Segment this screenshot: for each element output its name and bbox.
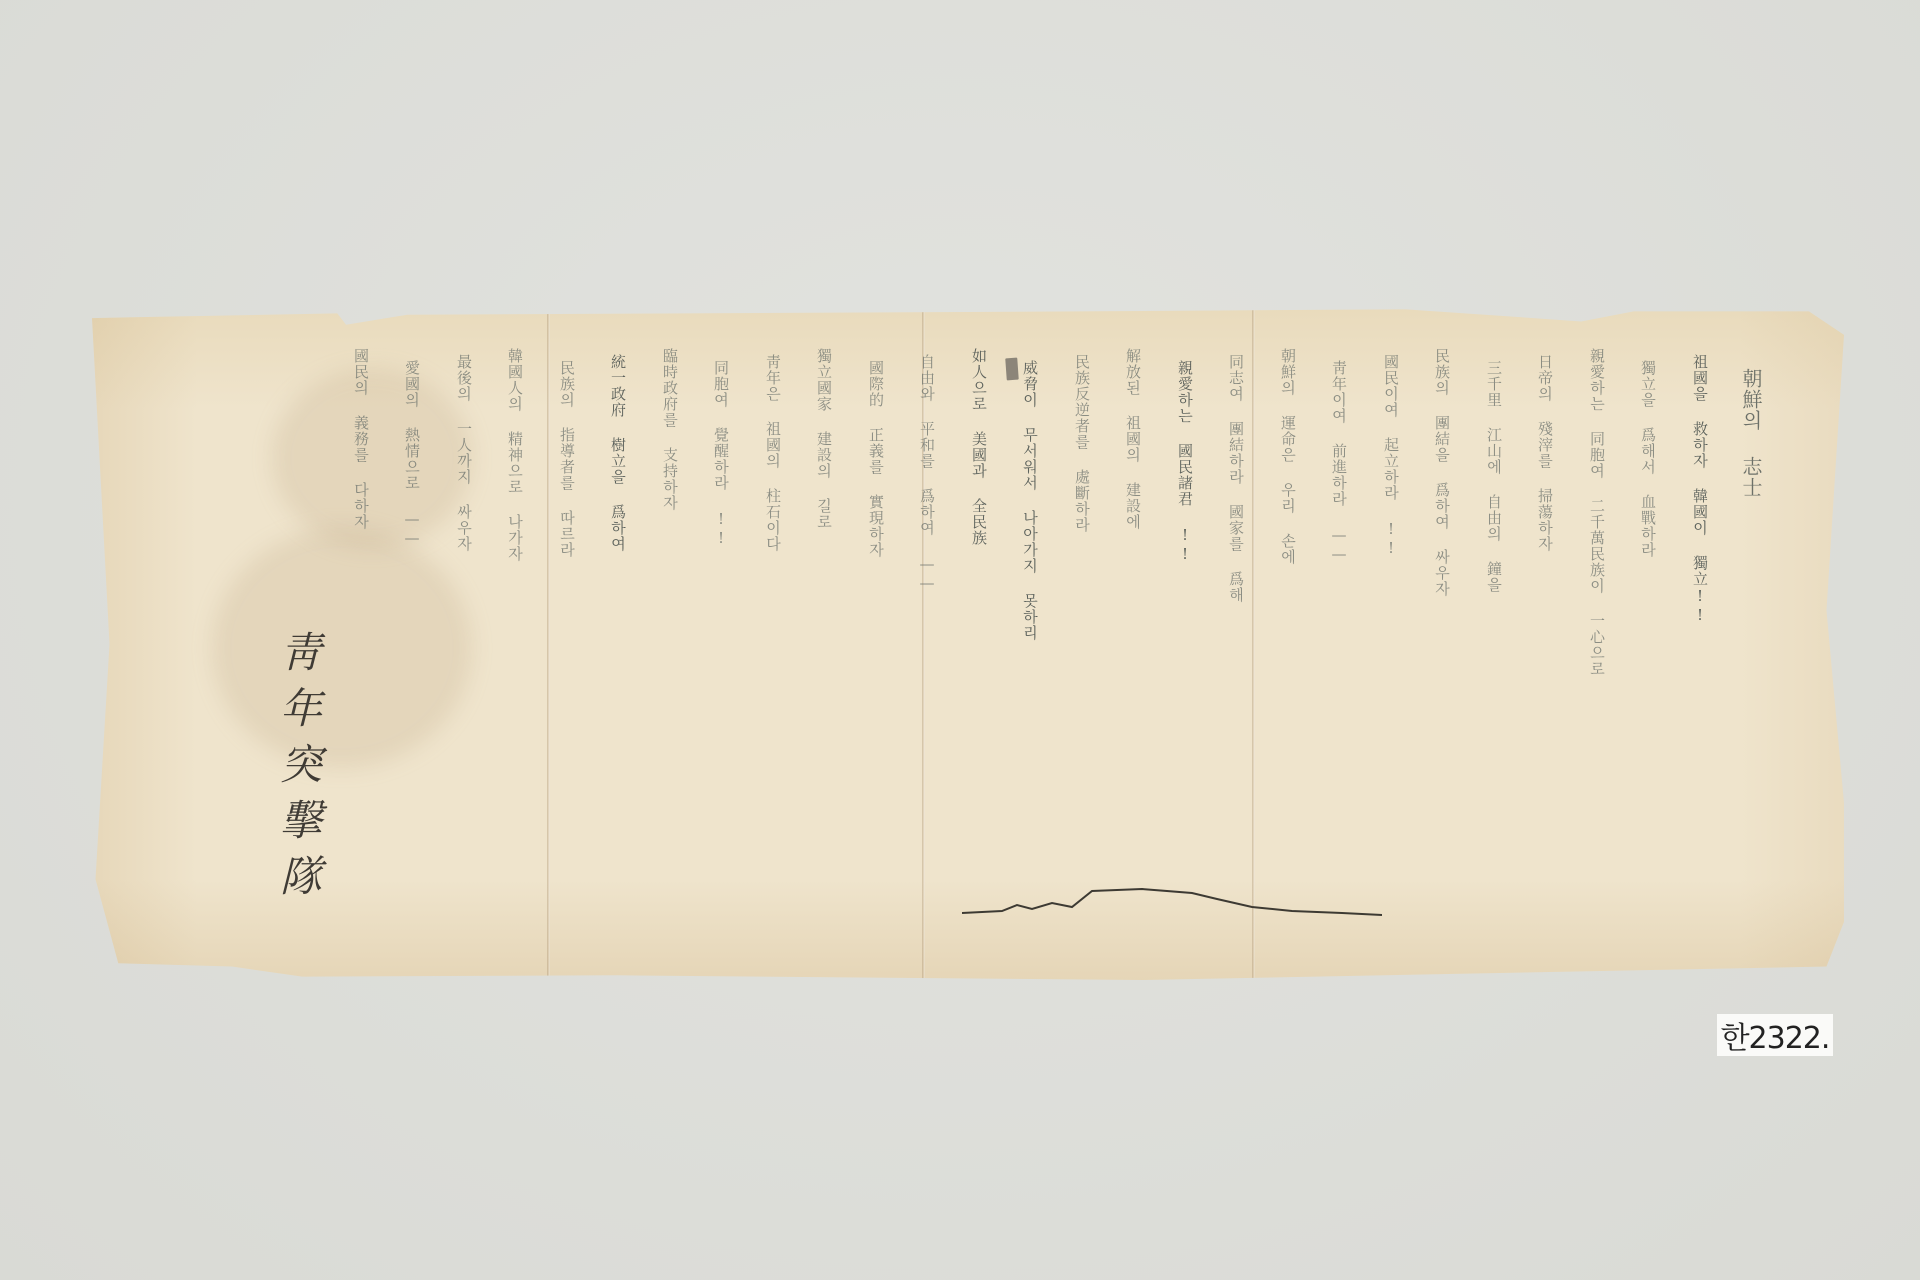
- text-column: 靑年은 祖國의 柱石이다: [764, 354, 781, 552]
- paper-stain: [212, 528, 472, 768]
- text-column: 民族의 團結을 爲하여 싸우자: [1433, 348, 1450, 597]
- paper-stain: [272, 368, 472, 548]
- text-column: 日帝의 殘滓를 掃蕩하자: [1536, 354, 1553, 552]
- text-column: 親愛하는 國民諸君 !!: [1176, 360, 1193, 564]
- text-column: 如人으로 美國과 全民族: [970, 348, 987, 546]
- text-column: 解放된 祖國의 建設에: [1124, 348, 1141, 530]
- text-column: 朝鮮의 志士: [1742, 368, 1759, 498]
- text-column: 國民이여 起立하라 !!: [1382, 354, 1399, 558]
- fold-line: [547, 308, 550, 980]
- fold-line: [1252, 308, 1255, 980]
- text-column: 國民의 義務를 다하자: [352, 348, 369, 530]
- text-column: 愛國의 熱情으로 ——: [403, 360, 420, 548]
- catalog-label: 한2322.: [1717, 1014, 1833, 1056]
- text-column: 同胞여 覺醒하라 !!: [712, 360, 729, 548]
- text-column: 韓國人의 精神으로 나가자: [506, 348, 523, 562]
- text-column: 臨時政府를 支持하자: [661, 348, 678, 511]
- text-column: 國際的 正義를 實現하자: [867, 360, 884, 558]
- text-column: 自由와 平和를 爲하여 ——: [918, 354, 935, 593]
- text-column: 靑年이여 前進하라 ——: [1330, 360, 1347, 564]
- signature: 靑年突擊隊: [268, 630, 328, 910]
- text-column: 民族反逆者를 處斷하라: [1073, 354, 1090, 533]
- text-column: 親愛하는 同胞여 二千萬民族이 一心으로: [1588, 348, 1605, 677]
- text-column: 統一政府 樹立을 爲하여: [609, 354, 626, 552]
- text-column: 三千里 江山에 自由의 鐘을: [1485, 360, 1502, 593]
- tear-crack: [962, 883, 1382, 923]
- leaflet-document: 靑年突擊隊 朝鮮의 志士祖國을 救하자 韓國이 獨立!!獨立을 爲해서 血戰하라…: [92, 308, 1844, 980]
- text-column: 威脅이 무서워서 나아가지 못하리: [1021, 360, 1038, 641]
- text-column: 祖國을 救하자 韓國이 獨立!!: [1691, 354, 1708, 625]
- paper-hole: [1005, 358, 1019, 381]
- text-column: 獨立을 爲해서 血戰하라: [1639, 360, 1656, 558]
- text-column: 獨立國家 建設의 길로: [815, 348, 832, 530]
- text-column: 朝鮮의 運命은 우리 손에: [1279, 348, 1296, 565]
- text-column: 最後의 一人까지 싸우자: [455, 354, 472, 552]
- text-column: 同志여 團結하라 國家를 爲해: [1227, 354, 1244, 603]
- text-column: 民族의 指導者를 따르라: [558, 360, 575, 558]
